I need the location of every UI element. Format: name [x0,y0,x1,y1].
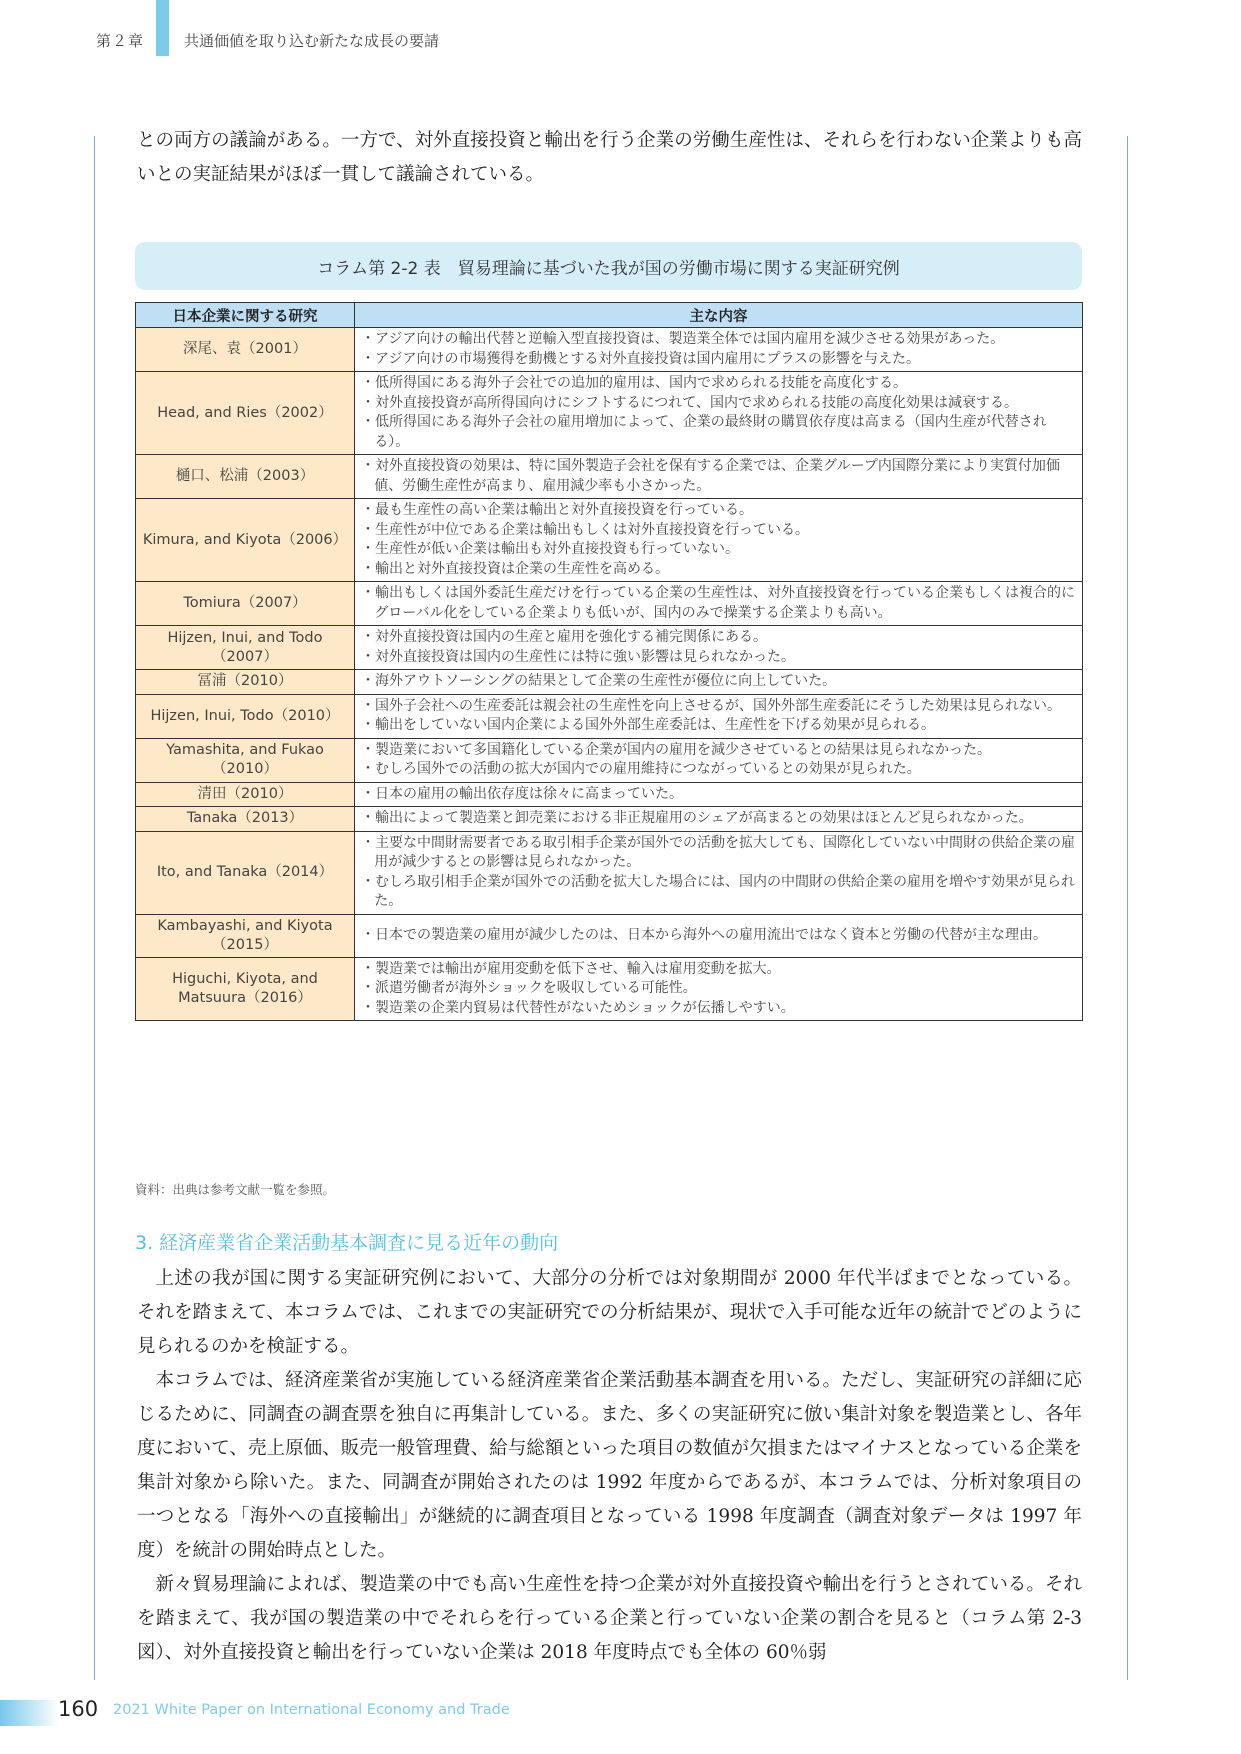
content-point: ・低所得国にある海外子会社での追加的雇用は、国内で求められる技能を高度化する。 [361,374,1078,394]
table-row: 清田（2010）・日本の雇用の輸出依存度は徐々に高まっていた。 [136,782,1083,807]
content-point: ・製造業において多国籍化している企業が国内の雇用を減少させているとの結果は見られ… [361,741,1078,761]
content-point: ・主要な中間財需要者である取引相手企業が国外での活動を拡大しても、国際化していな… [361,834,1078,873]
table-row: Hijzen, Inui, Todo（2010）・国外子会社への生産委託は親会社… [136,694,1083,738]
content-point: ・日本での製造業の雇用が減少したのは、日本から海外への雇用流出ではなく資本と労働… [361,926,1078,946]
content-point: ・むしろ国外での活動の拡大が国内での雇用維持につながっているとの効果が見られた。 [361,760,1078,780]
study-cell: 冨浦（2010） [136,670,355,695]
page-number: 160 [58,1697,98,1721]
content-point: ・対外直接投資の効果は、特に国外製造子会社を保有する企業では、企業グループ内国際… [361,457,1078,496]
table-row: 冨浦（2010）・海外アウトソーシングの結果として企業の生産性が優位に向上してい… [136,670,1083,695]
content-point: ・最も生産性の高い企業は輸出と対外直接投資を行っている。 [361,501,1078,521]
table-row: Higuchi, Kiyota, and Matsuura（2016）・製造業で… [136,957,1083,1021]
section-body: 上述の我が国に関する実証研究例において、大部分の分析では対象期間が 2000 年… [137,1262,1082,1670]
study-cell: Ito, and Tanaka（2014） [136,831,355,914]
chapter-label: 第２章 [96,30,144,51]
content-cell: ・製造業では輸出が雇用変動を低下させ、輸入は雇用変動を拡大。・派遣労働者が海外シ… [355,957,1083,1021]
table-row: 樋口、松浦（2003）・対外直接投資の効果は、特に国外製造子会社を保有する企業で… [136,455,1083,499]
table-body: 深尾、袁（2001）・アジア向けの輸出代替と逆輸入型直接投資は、製造業全体では国… [136,328,1083,1021]
content-cell: ・主要な中間財需要者である取引相手企業が国外での活動を拡大しても、国際化していな… [355,831,1083,914]
table-row: Hijzen, Inui, and Todo（2007）・対外直接投資は国内の生… [136,626,1083,670]
study-cell: Head, and Ries（2002） [136,372,355,455]
study-cell: Hijzen, Inui, Todo（2010） [136,694,355,738]
content-point: ・むしろ取引相手企業が国外での活動を拡大した場合には、国内の中間財の供給企業の雇… [361,873,1078,912]
table-row: Ito, and Tanaka（2014）・主要な中間財需要者である取引相手企業… [136,831,1083,914]
study-cell: Yamashita, and Fukao（2010） [136,738,355,782]
content-point: ・生産性が中位である企業は輸出もしくは対外直接投資を行っている。 [361,521,1078,541]
content-cell: ・低所得国にある海外子会社での追加的雇用は、国内で求められる技能を高度化する。・… [355,372,1083,455]
section-heading: 3. 経済産業省企業活動基本調査に見る近年の動向 [135,1228,558,1255]
studies-table: 日本企業に関する研究 主な内容 深尾、袁（2001）・アジア向けの輸出代替と逆輸… [135,302,1083,1021]
content-cell: ・対外直接投資の効果は、特に国外製造子会社を保有する企業では、企業グループ内国際… [355,455,1083,499]
content-point: ・輸出と対外直接投資は企業の生産性を高める。 [361,560,1078,580]
table-header-row: 日本企業に関する研究 主な内容 [136,303,1083,328]
section-paragraph-1: 上述の我が国に関する実証研究例において、大部分の分析では対象期間が 2000 年… [137,1262,1082,1364]
content-cell: ・対外直接投資は国内の生産と雇用を強化する補完関係にある。・対外直接投資は国内の… [355,626,1083,670]
study-cell: 清田（2010） [136,782,355,807]
column-header-content: 主な内容 [355,303,1083,328]
content-point: ・生産性が低い企業は輸出も対外直接投資も行っていない。 [361,540,1078,560]
footer-accent-bar [0,1700,58,1726]
content-point: ・海外アウトソーシングの結果として企業の生産性が優位に向上していた。 [361,672,1078,692]
table-row: Kambayashi, and Kiyota（2015）・日本での製造業の雇用が… [136,914,1083,957]
content-point: ・対外直接投資が高所得国向けにシフトするにつれて、国内で求められる技能の高度化効… [361,394,1078,414]
content-point: ・対外直接投資は国内の生産性には特に強い影響は見られなかった。 [361,648,1078,668]
content-cell: ・国外子会社への生産委託は親会社の生産性を向上させるが、国外外部生産委託にそうし… [355,694,1083,738]
content-point: ・対外直接投資は国内の生産と雇用を強化する補完関係にある。 [361,628,1078,648]
content-point: ・アジア向けの市場獲得を動機とする対外直接投資は国内雇用にプラスの影響を与えた。 [361,350,1078,370]
content-point: ・製造業では輸出が雇用変動を低下させ、輸入は雇用変動を拡大。 [361,960,1078,980]
table-row: Tanaka（2013）・輸出によって製造業と卸売業における非正規雇用のシェアが… [136,807,1083,832]
content-point: ・輸出をしていない国内企業による国外外部生産委託は、生産性を下げる効果が見られる… [361,716,1078,736]
section-paragraph-2: 本コラムでは、経済産業省が実施している経済産業省企業活動基本調査を用いる。ただし… [137,1364,1082,1568]
table-row: Tomiura（2007）・輸出もしくは国外委託生産だけを行っている企業の生産性… [136,582,1083,626]
intro-paragraph: との両方の議論がある。一方で、対外直接投資と輸出を行う企業の労働生産性は、それら… [137,124,1082,192]
section-paragraph-3: 新々貿易理論によれば、製造業の中でも高い生産性を持つ企業が対外直接投資や輸出を行… [137,1568,1082,1670]
intro-text: との両方の議論がある。一方で、対外直接投資と輸出を行う企業の労働生産性は、それら… [137,124,1082,192]
study-cell: Higuchi, Kiyota, and Matsuura（2016） [136,957,355,1021]
content-point: ・輸出によって製造業と卸売業における非正規雇用のシェアが高まるとの効果はほとんど… [361,809,1078,829]
source-note: 資料：出典は参考文献一覧を参照。 [135,1180,335,1198]
study-cell: Hijzen, Inui, and Todo（2007） [136,626,355,670]
content-cell: ・アジア向けの輸出代替と逆輸入型直接投資は、製造業全体では国内雇用を減少させる効… [355,328,1083,372]
content-cell: ・輸出によって製造業と卸売業における非正規雇用のシェアが高まるとの効果はほとんど… [355,807,1083,832]
column-rule-right [1127,136,1128,1680]
content-point: ・国外子会社への生産委託は親会社の生産性を向上させるが、国外外部生産委託にそうし… [361,697,1078,717]
table-row: 深尾、袁（2001）・アジア向けの輸出代替と逆輸入型直接投資は、製造業全体では国… [136,328,1083,372]
content-cell: ・製造業において多国籍化している企業が国内の雇用を減少させているとの結果は見られ… [355,738,1083,782]
table-caption: コラム第 2-2 表 貿易理論に基づいた我が国の労働市場に関する実証研究例 [135,242,1082,290]
content-cell: ・輸出もしくは国外委託生産だけを行っている企業の生産性は、対外直接投資を行ってい… [355,582,1083,626]
study-cell: 深尾、袁（2001） [136,328,355,372]
publication-title: 2021 White Paper on International Econom… [113,1702,510,1718]
content-point: ・輸出もしくは国外委託生産だけを行っている企業の生産性は、対外直接投資を行ってい… [361,584,1078,623]
column-header-study: 日本企業に関する研究 [136,303,355,328]
study-cell: Kambayashi, and Kiyota（2015） [136,914,355,957]
study-cell: 樋口、松浦（2003） [136,455,355,499]
content-cell: ・海外アウトソーシングの結果として企業の生産性が優位に向上していた。 [355,670,1083,695]
content-point: ・派遣労働者が海外ショックを吸収している可能性。 [361,979,1078,999]
column-rule-left [94,136,95,1680]
content-cell: ・日本の雇用の輸出依存度は徐々に高まっていた。 [355,782,1083,807]
content-point: ・低所得国にある海外子会社の雇用増加によって、企業の最終財の購買依存度は高まる（… [361,413,1078,452]
table-row: Yamashita, and Fukao（2010）・製造業において多国籍化して… [136,738,1083,782]
content-point: ・アジア向けの輸出代替と逆輸入型直接投資は、製造業全体では国内雇用を減少させる効… [361,330,1078,350]
content-cell: ・最も生産性の高い企業は輸出と対外直接投資を行っている。・生産性が中位である企業… [355,499,1083,582]
study-cell: Tanaka（2013） [136,807,355,832]
study-cell: Kimura, and Kiyota（2006） [136,499,355,582]
content-cell: ・日本での製造業の雇用が減少したのは、日本から海外への雇用流出ではなく資本と労働… [355,914,1083,957]
table-row: Kimura, and Kiyota（2006）・最も生産性の高い企業は輸出と対… [136,499,1083,582]
chapter-title: 共通価値を取り込む新たな成長の要請 [184,30,439,51]
chapter-accent-bar [156,0,169,56]
study-cell: Tomiura（2007） [136,582,355,626]
content-point: ・日本の雇用の輸出依存度は徐々に高まっていた。 [361,785,1078,805]
content-point: ・製造業の企業内貿易は代替性がないためショックが伝播しやすい。 [361,999,1078,1019]
table-row: Head, and Ries（2002）・低所得国にある海外子会社での追加的雇用… [136,372,1083,455]
